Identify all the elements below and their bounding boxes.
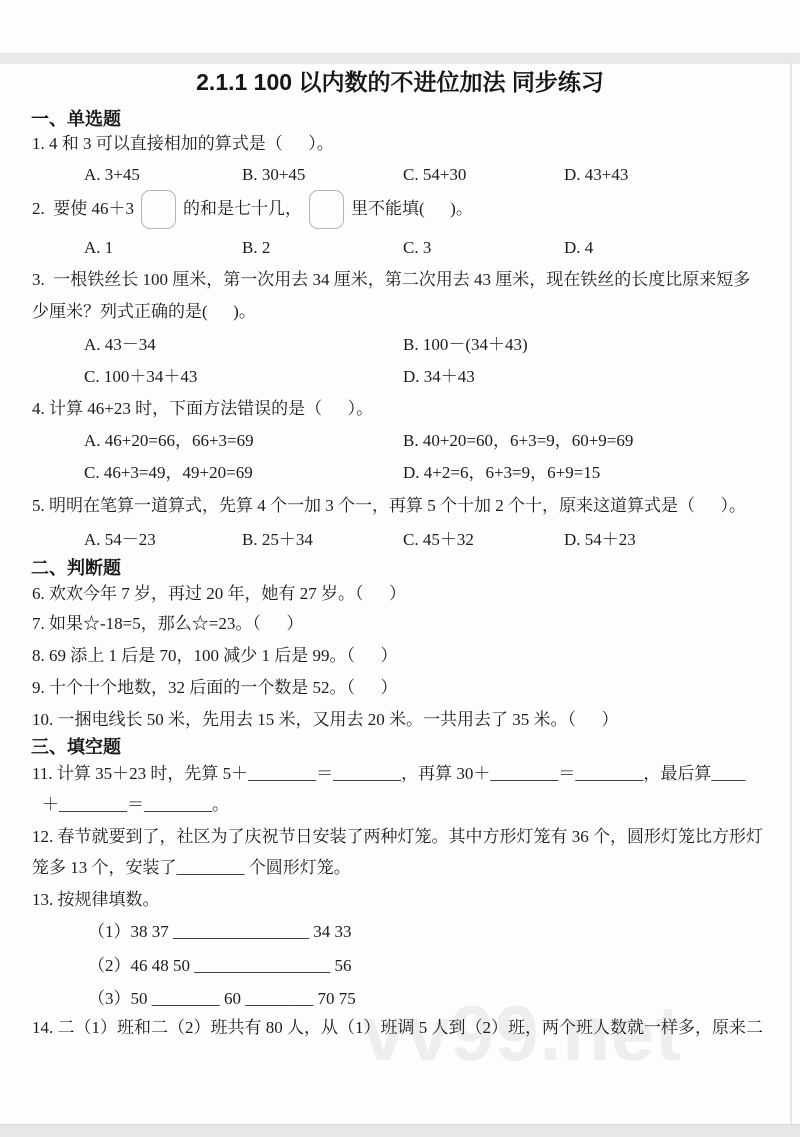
- question-13-item-1: （1）38 37 ________________ 34 33: [88, 920, 780, 944]
- question-2-mid: 的和是七十几，: [183, 197, 302, 221]
- question-13-text: 13. 按规律填数。: [32, 888, 780, 912]
- question-12-text-line2: 笼多 13 个，安装了________ 个圆形灯笼。: [32, 856, 780, 880]
- option-a: A. 54－23: [84, 528, 242, 552]
- page-right-edge: [790, 60, 792, 1124]
- option-c: C. 54+30: [403, 163, 564, 187]
- question-8-text: 8. 69 添上 1 后是 70，100 减少 1 后是 99。（ ）: [32, 644, 780, 668]
- option-b: B. 40+20=60，6+3=9，60+9=69: [403, 429, 780, 453]
- option-b: B. 2: [242, 236, 403, 260]
- option-d: D. 54＋23: [564, 528, 780, 552]
- option-b: B. 100－(34＋43): [403, 333, 780, 357]
- option-d: D. 4+2=6，6+3=9，6+9=15: [403, 461, 780, 485]
- question-4-options-row1: A. 46+20=66，66+3=69 B. 40+20=60，6+3=9，60…: [84, 429, 780, 453]
- option-d: D. 43+43: [564, 163, 780, 187]
- option-a: A. 1: [84, 236, 242, 260]
- question-4-options-row2: C. 46+3=49，49+20=69 D. 4+2=6，6+3=9，6+9=1…: [84, 461, 780, 485]
- section-header-fill-blank: 三、填空题: [31, 733, 121, 759]
- option-b: B. 30+45: [242, 163, 403, 187]
- question-3-text-line2: 少厘米？列式正确的是( )。: [32, 300, 780, 324]
- page-bottom-shadow: [0, 1124, 800, 1137]
- question-10-text: 10. 一捆电线长 50 米，先用去 15 米，又用去 20 米。一共用去了 3…: [32, 708, 780, 732]
- option-c: C. 3: [403, 236, 564, 260]
- question-3-text-line1: 3. 一根铁丝长 100 厘米，第一次用去 34 厘米，第二次用去 43 厘米，…: [32, 268, 780, 292]
- question-9-text: 9. 十个十个地数，32 后面的一个数是 52。（ ）: [32, 676, 780, 700]
- section-header-true-false: 二、判断题: [31, 554, 121, 580]
- question-5-text: 5. 明明在笔算一道算式，先算 4 个一加 3 个一，再算 5 个十加 2 个十…: [32, 494, 780, 518]
- question-3-options-row2: C. 100＋34＋43 D. 34＋43: [84, 365, 780, 389]
- question-12-text-line1: 12. 春节就要到了，社区为了庆祝节日安装了两种灯笼。其中方形灯笼有 36 个，…: [32, 825, 780, 849]
- question-13-item-3: （3）50 ________ 60 ________ 70 75: [88, 987, 780, 1011]
- question-2-pre: 2. 要使 46＋3: [32, 197, 134, 221]
- option-a: A. 3+45: [84, 163, 242, 187]
- blank-box: [309, 190, 344, 229]
- question-11-text-line2: ＋________＝________。: [42, 793, 780, 817]
- question-13-item-2: （2）46 48 50 ________________ 56: [88, 954, 780, 978]
- worksheet-title: 2.1.1 100 以内数的不进位加法 同步练习: [0, 64, 800, 97]
- question-1-text: 1. 4 和 3 可以直接相加的算式是（ ）。: [32, 132, 780, 156]
- question-1-options: A. 3+45 B. 30+45 C. 54+30 D. 43+43: [84, 163, 780, 187]
- option-c: C. 46+3=49，49+20=69: [84, 461, 403, 485]
- question-2-text: 2. 要使 46＋3 的和是七十几， 里不能填( )。: [32, 188, 780, 230]
- question-3-options-row1: A. 43－34 B. 100－(34＋43): [84, 333, 780, 357]
- question-6-text: 6. 欢欢今年 7 岁，再过 20 年，她有 27 岁。（ ）: [32, 582, 780, 606]
- option-a: A. 46+20=66，66+3=69: [84, 429, 403, 453]
- page-top-shadow: [0, 53, 800, 64]
- section-header-single-choice: 一、单选题: [31, 105, 121, 131]
- option-a: A. 43－34: [84, 333, 403, 357]
- worksheet-page: vv99.net 2.1.1 100 以内数的不进位加法 同步练习 一、单选题 …: [0, 0, 800, 1137]
- question-4-text: 4. 计算 46+23 时，下面方法错误的是（ ）。: [32, 397, 780, 421]
- option-c: C. 45＋32: [403, 528, 564, 552]
- question-14-text: 14. 二（1）班和二（2）班共有 80 人，从（1）班调 5 人到（2）班，两…: [32, 1016, 780, 1040]
- option-d: D. 4: [564, 236, 780, 260]
- question-5-options: A. 54－23 B. 25＋34 C. 45＋32 D. 54＋23: [84, 528, 780, 552]
- option-c: C. 100＋34＋43: [84, 365, 403, 389]
- question-7-text: 7. 如果☆-18=5，那么☆=23。（ ）: [32, 612, 780, 636]
- question-2-post: 里不能填( )。: [351, 197, 473, 221]
- question-2-options: A. 1 B. 2 C. 3 D. 4: [84, 236, 780, 260]
- question-11-text-line1: 11. 计算 35＋23 时，先算 5＋________＝________，再算…: [32, 762, 780, 786]
- option-b: B. 25＋34: [242, 528, 403, 552]
- option-d: D. 34＋43: [403, 365, 780, 389]
- blank-box: [141, 190, 176, 229]
